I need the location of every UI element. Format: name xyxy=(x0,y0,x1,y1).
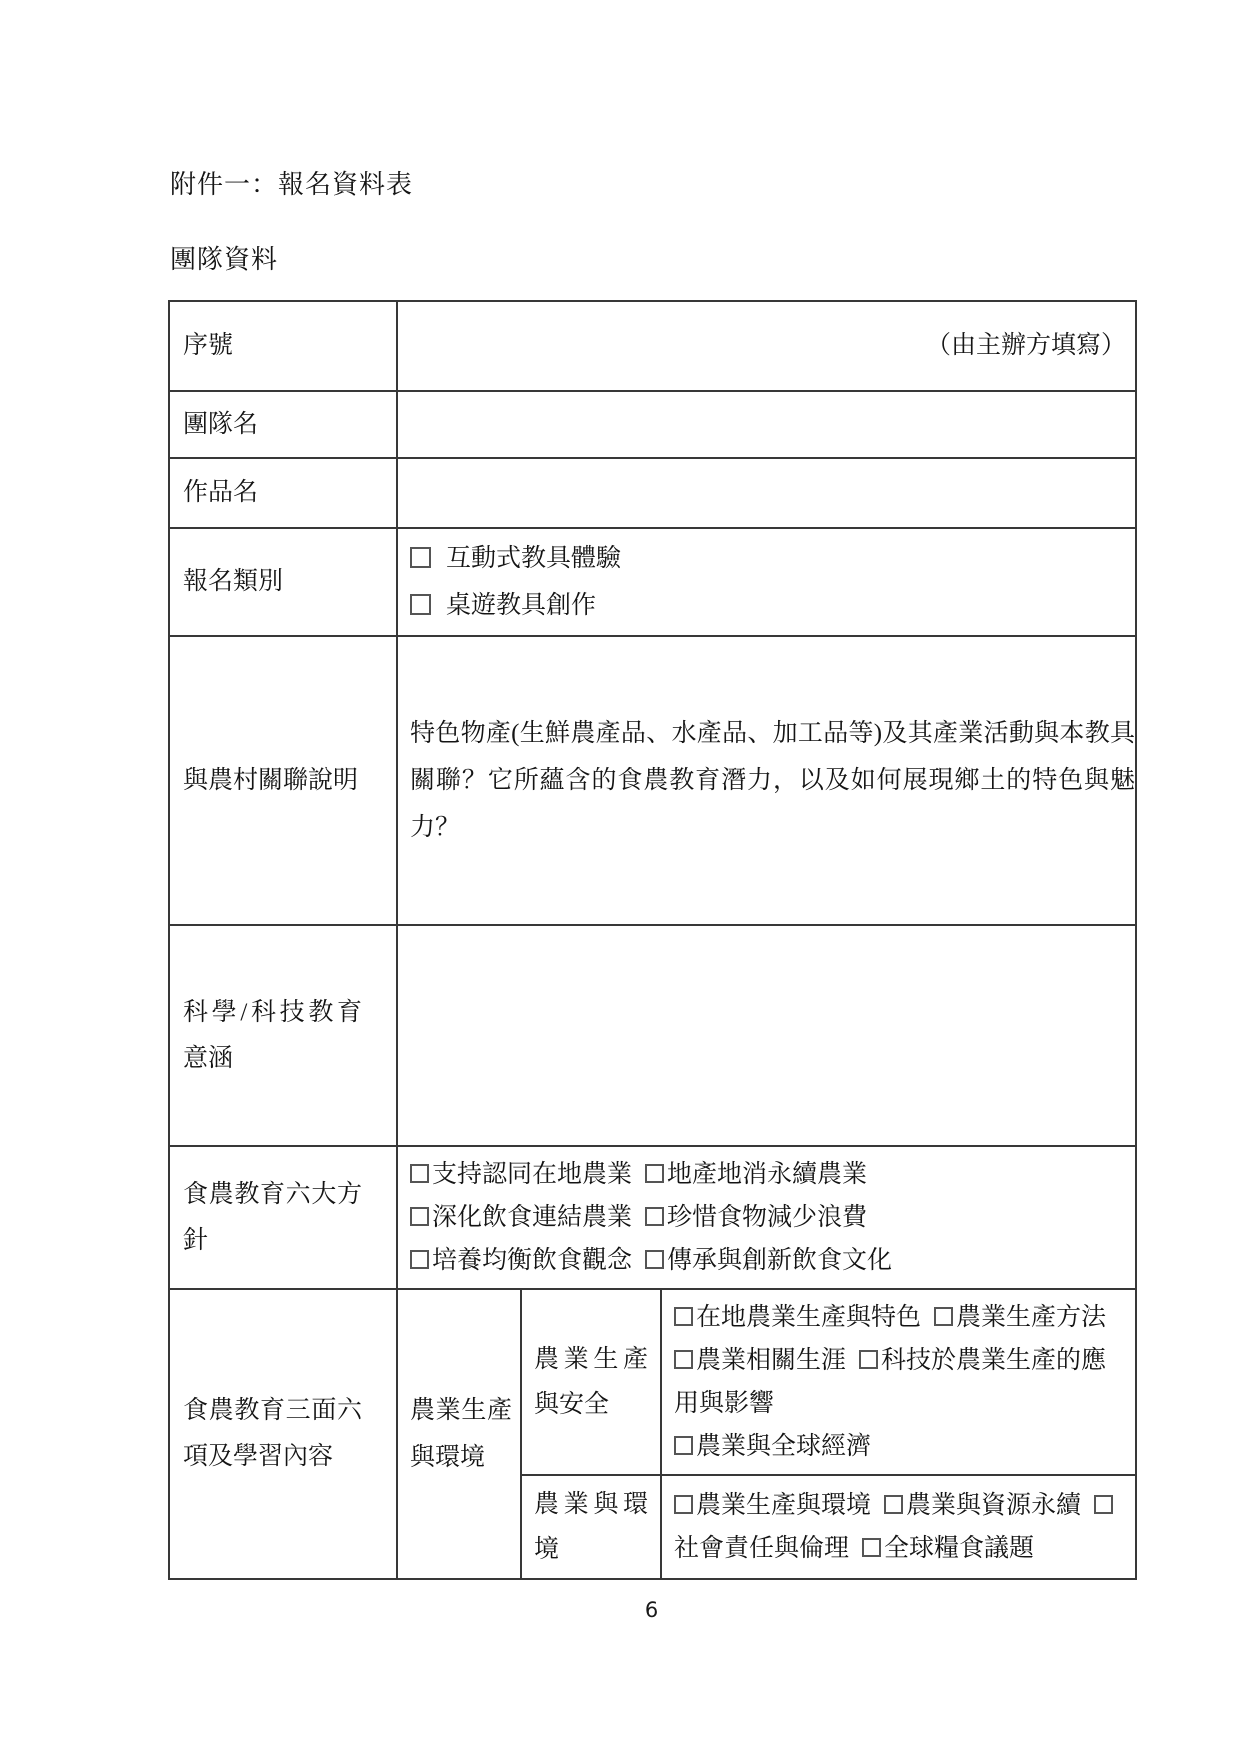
checkbox-icon[interactable] xyxy=(884,1495,903,1514)
checkbox-option: 地產地消永續農業 xyxy=(645,1161,867,1188)
checkbox-icon[interactable] xyxy=(934,1307,953,1326)
row-three-six-production-safety: 食農教育三面六項及學習內容 農業生產與環境 農業生產與安全 在地農業生產與特色農… xyxy=(169,1289,1136,1475)
checkbox-icon[interactable] xyxy=(674,1495,693,1514)
option-label: 培養均衡飲食觀念 xyxy=(432,1247,632,1274)
checkbox-icon[interactable] xyxy=(410,594,431,615)
work-name-fill-cell[interactable] xyxy=(397,458,1136,528)
checkbox-option: 農業生產與環境 xyxy=(674,1492,871,1519)
checkbox-icon[interactable] xyxy=(410,1164,429,1183)
row-rural-relation: 與農村關聯說明 特色物產(生鮮農產品、水產品、加工品等)及其產業活動與本教具關聯… xyxy=(169,636,1136,925)
row-work-name: 作品名 xyxy=(169,458,1136,528)
option-label: 在地農業生產與特色 xyxy=(696,1304,921,1331)
row-science-meaning: 科學/科技教育意涵 xyxy=(169,925,1136,1146)
category-option-1: 互動式教具體驗 xyxy=(410,535,1127,582)
checkbox-option: 農業與資源永續 xyxy=(884,1492,1081,1519)
checkbox-icon[interactable] xyxy=(410,547,431,568)
agri-environment-flow: 農業生產與環境農業與資源永續社會責任與倫理全球糧食議題 xyxy=(674,1484,1127,1570)
checkbox-icon[interactable] xyxy=(674,1307,693,1326)
six-directions-line-1: 支持認同在地農業地產地消永續農業 xyxy=(410,1153,1127,1196)
organizer-note: （由主辦方填寫） xyxy=(926,332,1126,359)
option-label: 桌遊教具創作 xyxy=(446,592,596,619)
label-science-meaning: 科學/科技教育意涵 xyxy=(169,925,397,1146)
checkbox-option: 支持認同在地農業 xyxy=(410,1161,632,1188)
option-label: 農業生產與環境 xyxy=(696,1492,871,1519)
checkbox-option: 在地農業生產與特色 xyxy=(674,1304,921,1331)
label-category: 報名類別 xyxy=(169,528,397,636)
production-safety-last-line: 農業與全球經濟 xyxy=(674,1425,1127,1468)
six-directions-line-3: 培養均衡飲食觀念傳承與創新飲食文化 xyxy=(410,1239,1127,1282)
checkbox-icon[interactable] xyxy=(645,1250,664,1269)
checkbox-option: 互動式教具體驗 xyxy=(410,545,621,572)
checkbox-icon[interactable] xyxy=(862,1538,881,1557)
rural-relation-text-cell: 特色物產(生鮮農產品、水產品、加工品等)及其產業活動與本教具關聯？它所蘊含的食農… xyxy=(397,636,1136,925)
sub-label-agri-environment: 農業與環境 xyxy=(521,1475,661,1579)
label-three-six: 食農教育三面六項及學習內容 xyxy=(169,1289,397,1579)
option-label: 農業與資源永續 xyxy=(906,1492,1081,1519)
label-six-directions: 食農教育六大方針 xyxy=(169,1146,397,1289)
option-label: 農業相關生涯 xyxy=(696,1347,846,1374)
checkbox-icon[interactable] xyxy=(410,1250,429,1269)
checkbox-icon[interactable] xyxy=(1094,1495,1113,1514)
option-label: 全球糧食議題 xyxy=(884,1535,1034,1562)
checkbox-option: 農業生產方法 xyxy=(934,1304,1106,1331)
production-safety-flow: 在地農業生產與特色農業生產方法農業相關生涯科技於農業生產的應用與影響 xyxy=(674,1296,1127,1425)
doc-title: 附件一：報名資料表 xyxy=(170,164,413,201)
checkbox-icon[interactable] xyxy=(645,1207,664,1226)
science-meaning-fill-cell[interactable] xyxy=(397,925,1136,1146)
row-team-name: 團隊名 xyxy=(169,391,1136,458)
option-label: 農業生產方法 xyxy=(956,1304,1106,1331)
option-label: 農業與全球經濟 xyxy=(696,1433,871,1460)
checkbox-option: 農業相關生涯 xyxy=(674,1347,846,1374)
rural-relation-text: 特色物產(生鮮農產品、水產品、加工品等)及其產業活動與本教具關聯？它所蘊含的食農… xyxy=(410,720,1135,841)
checkbox-option: 深化飲食連結農業 xyxy=(410,1204,632,1231)
dimension-agri-production-environment: 農業生產與環境 xyxy=(397,1289,521,1579)
six-directions-line-2: 深化飲食連結農業珍惜食物減少浪費 xyxy=(410,1196,1127,1239)
option-label: 珍惜食物減少浪費 xyxy=(667,1204,867,1231)
checkbox-option: 農業與全球經濟 xyxy=(674,1433,871,1460)
row-six-directions: 食農教育六大方針 支持認同在地農業地產地消永續農業 深化飲食連結農業珍惜食物減少… xyxy=(169,1146,1136,1289)
checkbox-option: 培養均衡飲食觀念 xyxy=(410,1247,632,1274)
registration-form-table: 序號 （由主辦方填寫） 團隊名 作品名 報名類別 互動式教具體驗 桌遊教具創作 … xyxy=(168,300,1137,1580)
row-serial: 序號 （由主辦方填寫） xyxy=(169,301,1136,391)
row-category: 報名類別 互動式教具體驗 桌遊教具創作 xyxy=(169,528,1136,636)
section-title-team-info: 團隊資料 xyxy=(170,239,278,276)
option-label: 地產地消永續農業 xyxy=(667,1161,867,1188)
production-safety-options-cell: 在地農業生產與特色農業生產方法農業相關生涯科技於農業生產的應用與影響 農業與全球… xyxy=(661,1289,1136,1475)
option-label: 傳承與創新飲食文化 xyxy=(667,1247,892,1274)
category-option-2: 桌遊教具創作 xyxy=(410,582,1127,629)
option-label: 深化飲食連結農業 xyxy=(432,1204,632,1231)
label-serial: 序號 xyxy=(169,301,397,391)
checkbox-icon[interactable] xyxy=(674,1436,693,1455)
option-label: 社會責任與倫理 xyxy=(674,1535,849,1562)
page-number: 6 xyxy=(168,1598,1135,1622)
checkbox-option: 珍惜食物減少浪費 xyxy=(645,1204,867,1231)
checkbox-icon[interactable] xyxy=(645,1164,664,1183)
label-work-name: 作品名 xyxy=(169,458,397,528)
checkbox-option: 桌遊教具創作 xyxy=(410,592,596,619)
agri-environment-options-cell: 農業生產與環境農業與資源永續社會責任與倫理全球糧食議題 xyxy=(661,1475,1136,1579)
serial-fill-cell[interactable]: （由主辦方填寫） xyxy=(397,301,1136,391)
checkbox-option: 全球糧食議題 xyxy=(862,1535,1034,1562)
sub-label-production-safety: 農業生產與安全 xyxy=(521,1289,661,1475)
checkbox-option: 傳承與創新飲食文化 xyxy=(645,1247,892,1274)
six-directions-options-cell: 支持認同在地農業地產地消永續農業 深化飲食連結農業珍惜食物減少浪費 培養均衡飲食… xyxy=(397,1146,1136,1289)
checkbox-icon[interactable] xyxy=(674,1350,693,1369)
label-rural-relation: 與農村關聯說明 xyxy=(169,636,397,925)
checkbox-icon[interactable] xyxy=(859,1350,878,1369)
category-options-cell: 互動式教具體驗 桌遊教具創作 xyxy=(397,528,1136,636)
option-label: 互動式教具體驗 xyxy=(446,545,621,572)
team-name-fill-cell[interactable] xyxy=(397,391,1136,458)
checkbox-icon[interactable] xyxy=(410,1207,429,1226)
label-team-name: 團隊名 xyxy=(169,391,397,458)
option-label: 支持認同在地農業 xyxy=(432,1161,632,1188)
